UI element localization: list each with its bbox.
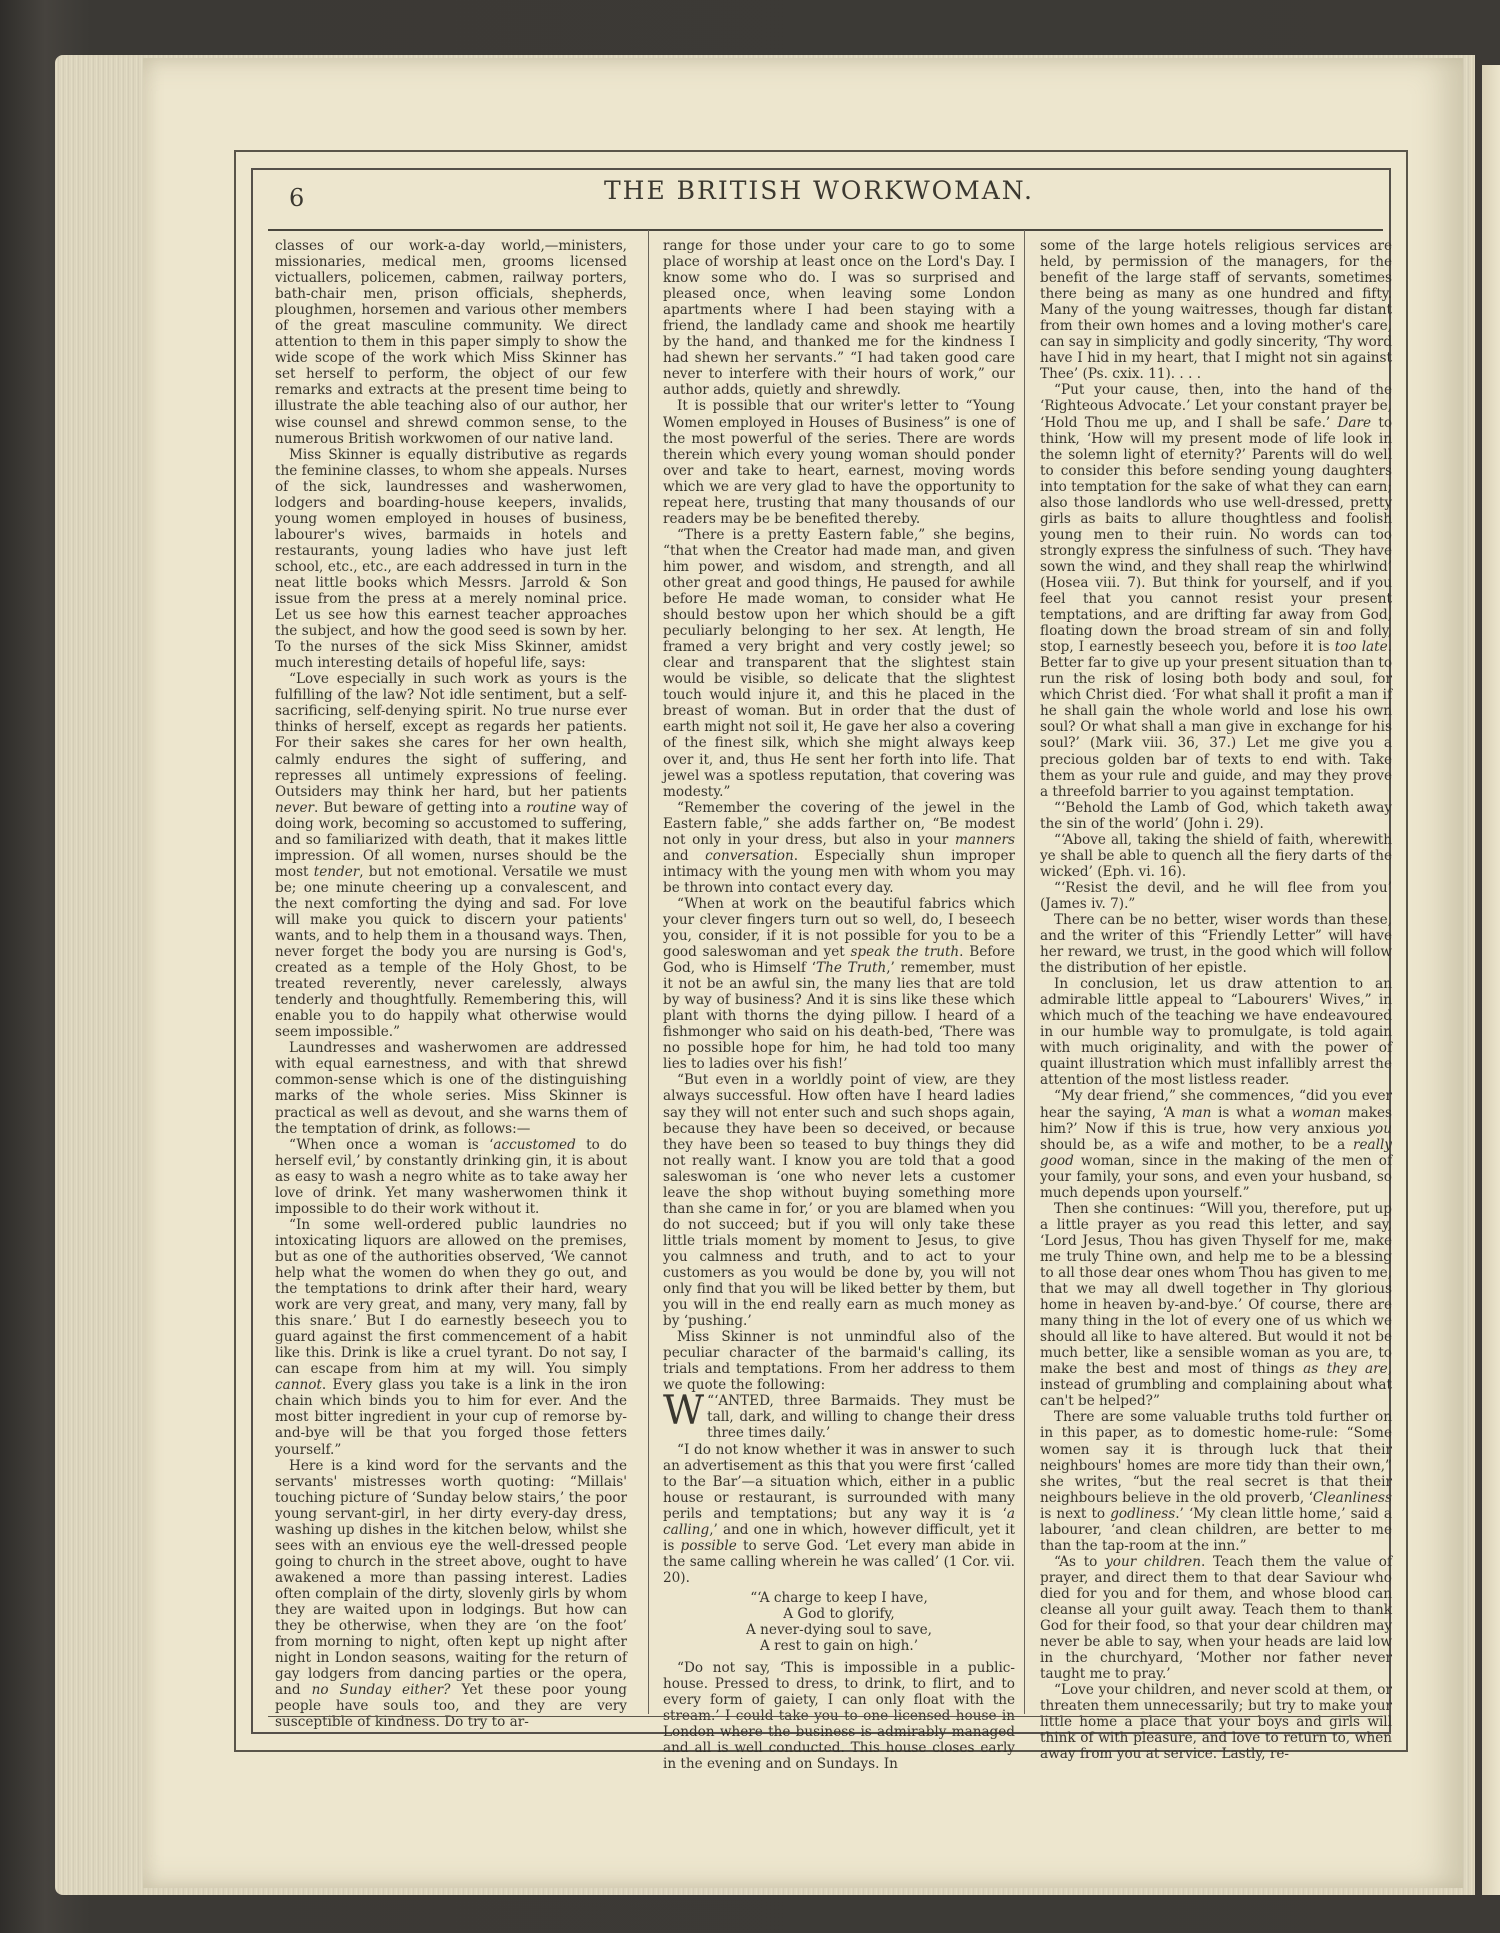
paragraph: “I do not know whether it was in answer … (663, 1442, 1015, 1586)
paragraph: “‘Behold the Lamb of God, which taketh a… (1040, 800, 1392, 832)
paragraph: “There is a pretty Eastern fable,” she b… (663, 527, 1015, 800)
column-3: some of the large hotels religious servi… (1040, 238, 1392, 1762)
paragraph: Here is a kind word for the servants and… (275, 1458, 627, 1731)
running-title: THE BRITISH WORKWOMAN. (251, 176, 1387, 205)
bottom-rule (268, 1716, 1383, 1717)
page-header: 6 THE BRITISH WORKWOMAN. (251, 172, 1387, 230)
paragraph: “But even in a worldly point of view, ar… (663, 1072, 1015, 1329)
paragraph: some of the large hotels religious servi… (1040, 238, 1392, 382)
paragraph: “When once a woman is ‘accustomed to do … (275, 1137, 627, 1217)
verse-line: “‘A charge to keep I have, (663, 1590, 1015, 1606)
paragraph: “Love especially in such work as yours i… (275, 671, 627, 1040)
paragraph: In conclusion, let us draw attention to … (1040, 976, 1392, 1088)
paragraph: “When at work on the beautiful fabrics w… (663, 896, 1015, 1073)
paragraph: There are some valuable truths told furt… (1040, 1409, 1392, 1553)
verse-block: “‘A charge to keep I have,A God to glori… (663, 1590, 1015, 1654)
paragraph: Miss Skinner is equally distributive as … (275, 447, 627, 672)
paragraph: “‘WANTED, three Barmaids. They must be t… (663, 1393, 1015, 1441)
column-1: classes of our work-a-day world,—ministe… (275, 238, 627, 1730)
paragraph: There can be no better, wiser words than… (1040, 912, 1392, 976)
paragraph: “Love your children, and never scold at … (1040, 1682, 1392, 1762)
paragraph: “In some well-ordered public laundries n… (275, 1217, 627, 1458)
paragraph: Then she continues: “Will you, therefore… (1040, 1201, 1392, 1410)
paragraph: It is possible that our writer's letter … (663, 398, 1015, 526)
verse-line: A rest to gain on high.’ (663, 1638, 1015, 1654)
drop-cap: W (663, 1395, 704, 1427)
verse-line: A never-dying soul to save, (663, 1622, 1015, 1638)
header-rule (268, 229, 1383, 231)
verse-line: A God to glorify, (663, 1606, 1015, 1622)
paragraph: “As to your children. Teach them the val… (1040, 1554, 1392, 1682)
paragraph: Miss Skinner is not unmindful also of th… (663, 1329, 1015, 1393)
facing-page-edge (1482, 65, 1500, 1895)
paragraph: “‘Above all, taking the shield of faith,… (1040, 832, 1392, 880)
column-2: range for those under your care to go to… (663, 238, 1015, 1772)
column-divider-2 (1024, 230, 1025, 1714)
paragraph: Laundresses and washerwomen are addresse… (275, 1040, 627, 1136)
paragraph: “Put your cause, then, into the hand of … (1040, 382, 1392, 799)
paragraph: “My dear friend,” she commences, “did yo… (1040, 1088, 1392, 1200)
paragraph: classes of our work-a-day world,—ministe… (275, 238, 627, 447)
paragraph: “Remember the covering of the jewel in t… (663, 800, 1015, 896)
paragraph: range for those under your care to go to… (663, 238, 1015, 398)
column-divider-1 (648, 230, 649, 1714)
paragraph: “‘Resist the devil, and he will flee fro… (1040, 880, 1392, 912)
